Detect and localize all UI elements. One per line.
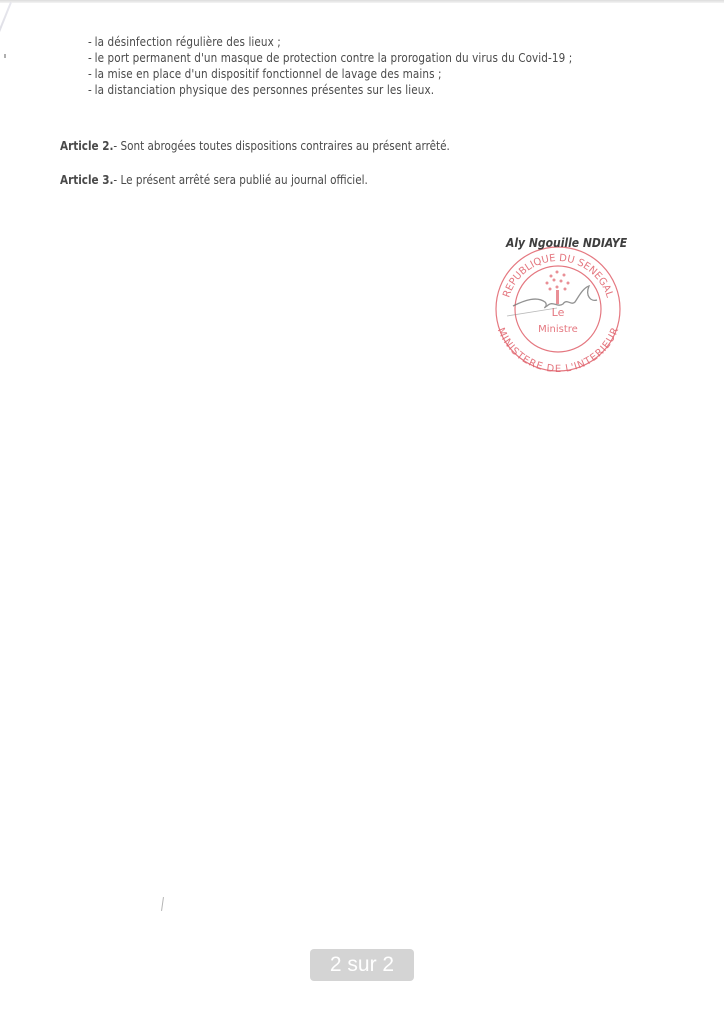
scan-speck (161, 897, 164, 911)
list-item: -le port permanent d'un masque de protec… (88, 50, 685, 66)
article-text: - Le présent arrêté sera publié au journ… (113, 172, 367, 187)
stamp-center-line-2: Ministre (538, 324, 578, 335)
list-item: -la distanciation physique des personnes… (88, 82, 685, 98)
page-indicator: 2 sur 2 (310, 949, 414, 981)
article-label: Article 2. (60, 138, 113, 153)
measures-list: -la désinfection régulière des lieux ; -… (88, 34, 685, 98)
baobab-emblem-icon (546, 271, 570, 305)
signatory-name: Aly Ngouille NDIAYE (506, 236, 627, 250)
article-label: Article 3. (60, 172, 113, 187)
official-stamp-icon: REPUBLIQUE DU SENEGAL MINISTERE DE L'INT… (487, 246, 629, 372)
signature-icon (513, 286, 597, 308)
stamp-center-line-1: Le (552, 306, 565, 319)
viewer-top-edge (0, 0, 724, 3)
list-item: -la mise en place d'un dispositif foncti… (88, 66, 685, 82)
article-3: Article 3.- Le présent arrêté sera publi… (60, 172, 368, 187)
list-item: -la désinfection régulière des lieux ; (88, 34, 685, 50)
scan-speck (4, 54, 6, 58)
article-text: - Sont abrogées toutes dispositions cont… (113, 138, 449, 153)
article-2: Article 2.- Sont abrogées toutes disposi… (60, 138, 450, 153)
